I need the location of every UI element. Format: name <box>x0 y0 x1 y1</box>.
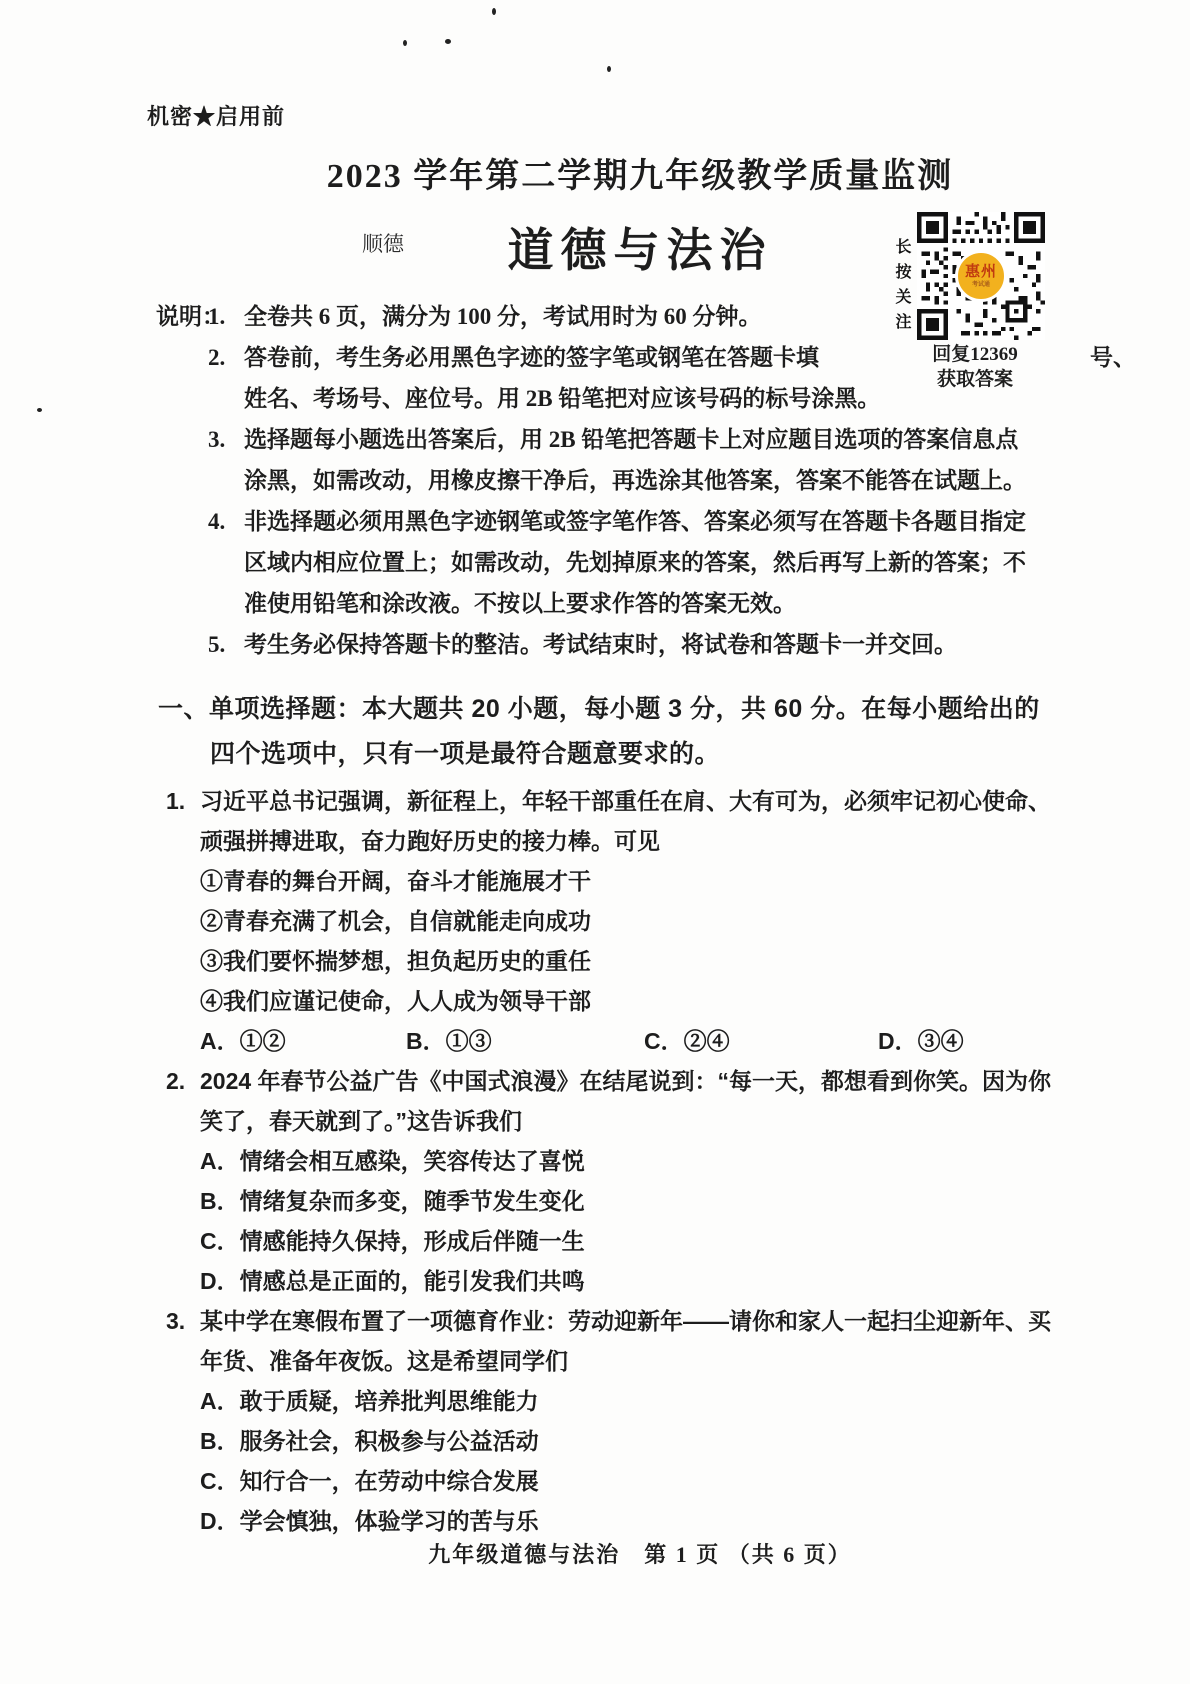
instruction-line: 区域内相应位置上；如需改动，先划掉原来的答案，然后再写上新的答案；不 <box>244 542 1150 583</box>
instruction-line: 考生务必保持答题卡的整洁。考试结束时，将试卷和答题卡一并交回。 <box>244 624 1150 665</box>
question-number: 1. <box>150 781 200 1061</box>
exam-instructions: 说明： 1. 全卷共 6 页，满分为 100 分，考试用时为 60 分钟。 2.… <box>150 296 1150 665</box>
section1-heading-line1: 一、单项选择题：本大题共 20 小题，每小题 3 分，共 60 分。在每小题给出… <box>158 687 1150 732</box>
instruction-line: 准使用铅笔和涂改液。不按以上要求作答的答案无效。 <box>244 583 1150 624</box>
choice-option-a: A．①② <box>200 1021 406 1061</box>
instruction-number: 5. <box>208 624 244 665</box>
question-stem-line: 某中学在寒假布置了一项德育作业：劳动迎新年——请你和家人一起扫尘迎新年、买 <box>200 1301 1150 1341</box>
question-stem-line: 笑了，春天就到了。”这告诉我们 <box>200 1101 1150 1141</box>
option-line-c: C．知行合一，在劳动中综合发展 <box>200 1461 1150 1501</box>
instruction-item-2: 2. 答卷前，考生务必用黑色字迹的签字笔或钢笔在答题卡填 号、 姓名、考场号、座… <box>208 337 1150 419</box>
choice-option-c: C．②④ <box>644 1021 878 1061</box>
statement-line: ①青春的舞台开阔，奋斗才能施展才干 <box>200 861 1150 901</box>
exam-paper-page: 机密★启用前 2023 学年第二学期九年级教学质量监测 顺德 道德与法治 长按关… <box>0 0 1190 1684</box>
instruction-line: 选择题每小题选出答案后，用 2B 铅笔把答题卡上对应题目选项的答案信息点 <box>244 419 1150 460</box>
option-line-b: B．情绪复杂而多变，随季节发生变化 <box>200 1181 1150 1221</box>
security-classification-mark: 机密★启用前 <box>147 100 285 131</box>
option-line-a: A．情绪会相互感染，笑容传达了喜悦 <box>200 1141 1150 1181</box>
instruction-item-5: 5. 考生务必保持答题卡的整洁。考试结束时，将试卷和答题卡一并交回。 <box>208 624 1150 665</box>
scan-speck <box>37 408 42 412</box>
question-stem-line: 2024 年春节公益广告《中国式浪漫》在结尾说到：“每一天，都想看到你笑。因为你 <box>200 1061 1150 1101</box>
qr-center-badge: 惠州 考试通 <box>955 250 1007 302</box>
exam-title: 2023 学年第二学期九年级教学质量监测 <box>150 148 1130 197</box>
instruction-line-fragment: 号、 <box>1090 337 1136 378</box>
scan-speck <box>492 8 496 15</box>
statement-line: ②青春充满了机会，自信就能走向成功 <box>200 901 1150 941</box>
instruction-number: 3. <box>208 419 244 501</box>
option-line-a: A．敢于质疑，培养批判思维能力 <box>200 1381 1150 1421</box>
instruction-line: 涂黑，如需改动，用橡皮擦干净后，再选涂其他答案，答案不能答在试题上。 <box>244 460 1150 501</box>
qr-badge-text: 惠州 <box>965 265 997 280</box>
instructions-label: 说明： <box>156 296 225 337</box>
option-line-b: B．服务社会，积极参与公益活动 <box>200 1421 1150 1461</box>
instruction-line: 答卷前，考生务必用黑色字迹的签字笔或钢笔在答题卡填 号、 <box>244 337 1150 378</box>
choice-option-b: B．①③ <box>406 1021 644 1061</box>
statement-line: ④我们应谨记使命，人人成为领导干部 <box>200 981 1150 1021</box>
choice-option-d: D．③④ <box>878 1021 964 1061</box>
choice-row: A．①② B．①③ C．②④ D．③④ <box>200 1021 1150 1061</box>
question-stem-line: 年货、准备年夜饭。这是希望同学们 <box>200 1341 1150 1381</box>
instruction-line-text: 答卷前，考生务必用黑色字迹的签字笔或钢笔在答题卡填 <box>244 345 819 370</box>
footer-page-info: 九年级道德与法治 第 1 页 （共 6 页） <box>150 1538 1130 1569</box>
instruction-item-4: 4. 非选择题必须用黑色字迹钢笔或签字笔作答、答案必须写在答题卡各题目指定 区域… <box>208 501 1150 624</box>
question-stem-line: 顽强拼搏进取，奋力跑好历史的接力棒。可见 <box>200 821 1150 861</box>
question-2: 2. 2024 年春节公益广告《中国式浪漫》在结尾说到：“每一天，都想看到你笑。… <box>150 1061 1150 1301</box>
instruction-item-3: 3. 选择题每小题选出答案后，用 2B 铅笔把答题卡上对应题目选项的答案信息点 … <box>208 419 1150 501</box>
question-list: 1. 习近平总书记强调，新征程上，年轻干部重任在肩、大有可为，必须牢记初心使命、… <box>150 781 1150 1541</box>
section1-heading: 一、单项选择题：本大题共 20 小题，每小题 3 分，共 60 分。在每小题给出… <box>150 687 1150 777</box>
instruction-line: 非选择题必须用黑色字迹钢笔或签字笔作答、答案必须写在答题卡各题目指定 <box>244 501 1150 542</box>
question-stem-line: 习近平总书记强调，新征程上，年轻干部重任在肩、大有可为，必须牢记初心使命、 <box>200 781 1150 821</box>
option-line-d: D．学会慎独，体验学习的苦与乐 <box>200 1501 1150 1541</box>
question-1: 1. 习近平总书记强调，新征程上，年轻干部重任在肩、大有可为，必须牢记初心使命、… <box>150 781 1150 1061</box>
section1-heading-line2: 四个选项中，只有一项是最符合题意要求的。 <box>158 732 1150 777</box>
scan-speck <box>445 39 451 44</box>
instruction-item-1: 1. 全卷共 6 页，满分为 100 分，考试用时为 60 分钟。 <box>208 296 1150 337</box>
scan-speck <box>607 66 611 72</box>
statement-line: ③我们要怀揣梦想，担负起历史的重任 <box>200 941 1150 981</box>
option-line-d: D．情感总是正面的，能引发我们共鸣 <box>200 1261 1150 1301</box>
instruction-line: 全卷共 6 页，满分为 100 分，考试用时为 60 分钟。 <box>244 296 1150 337</box>
scan-speck <box>403 40 407 46</box>
question-number: 3. <box>150 1301 200 1541</box>
instruction-number: 2. <box>208 337 244 419</box>
option-line-c: C．情感能持久保持，形成后伴随一生 <box>200 1221 1150 1261</box>
paper-body: 说明： 1. 全卷共 6 页，满分为 100 分，考试用时为 60 分钟。 2.… <box>150 296 1150 1541</box>
question-number: 2. <box>150 1061 200 1301</box>
question-3: 3. 某中学在寒假布置了一项德育作业：劳动迎新年——请你和家人一起扫尘迎新年、买… <box>150 1301 1150 1541</box>
instruction-line: 姓名、考场号、座位号。用 2B 铅笔把对应该号码的标号涂黑。 <box>244 378 1150 419</box>
qr-badge-subtext: 考试通 <box>972 282 990 288</box>
instruction-number: 4. <box>208 501 244 624</box>
